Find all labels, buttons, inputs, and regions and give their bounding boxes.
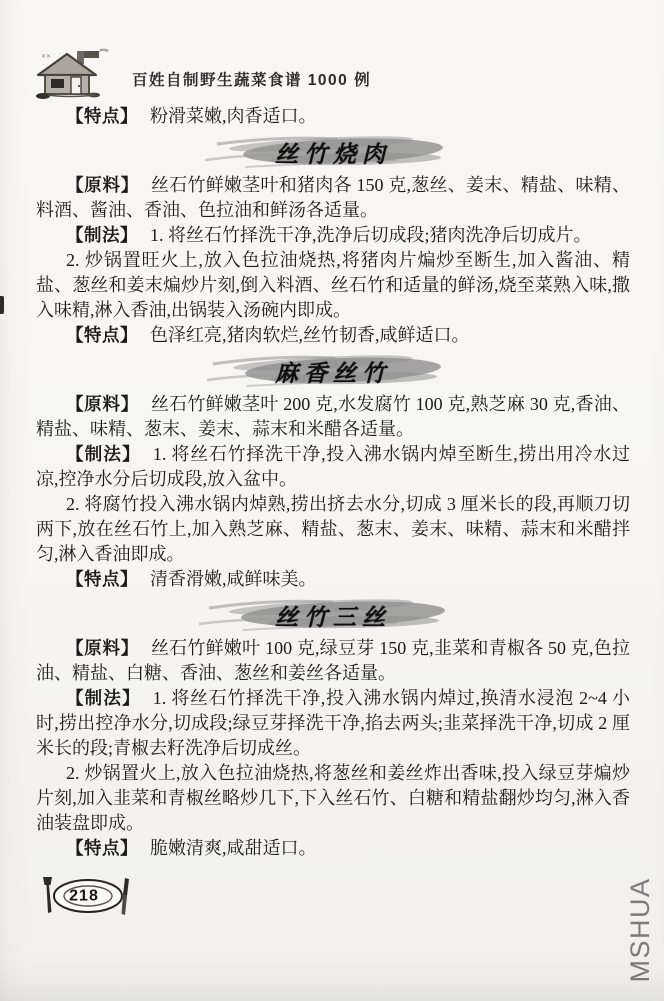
feature-text: 脆嫩清爽,咸甜适口。 [150, 838, 317, 858]
method-step1-text: 1. 将丝石竹择洗干净,洗净后切成段;猪肉洗净后切成片。 [150, 225, 592, 245]
page-content: ✕✕ 百姓自制野生蔬菜食谱 1000 例 【特点】粉滑菜嫩,肉香适口。 丝竹烧肉… [0, 0, 664, 861]
method-label: 【制法】 [66, 444, 141, 464]
feature-text: 色泽红亮,猪肉软烂,丝竹韧香,咸鲜适口。 [150, 325, 470, 345]
fork-icon [43, 877, 52, 913]
svg-text:✕✕: ✕✕ [41, 54, 51, 60]
recipe-title: 丝竹烧肉 [275, 136, 391, 169]
method-step2-paragraph: 2. 炒锅置火上,放入色拉油烧热,将葱丝和姜丝炸出香味,投入绿豆芽煸炒片刻,加入… [36, 761, 630, 836]
ingredients-label: 【原料】 [66, 394, 139, 414]
method-step2-text: 2. 炒锅置旺火上,放入色拉油烧热,将猪肉片煸炒至断生,加入酱油、精盐、葱丝和姜… [36, 250, 630, 320]
method-label: 【制法】 [66, 225, 138, 245]
page-number: 218 [69, 887, 99, 905]
feature-text: 粉滑菜嫩,肉香适口。 [150, 106, 317, 126]
feature-label: 【特点】 [66, 325, 138, 345]
ingredients-label: 【原料】 [66, 638, 139, 658]
page-header: ✕✕ 百姓自制野生蔬菜食谱 1000 例 [36, 50, 630, 100]
ingredients-paragraph: 【原料】丝石竹鲜嫩茎叶 200 克,水发腐竹 100 克,熟芝麻 30 克,香油… [36, 392, 630, 442]
intro-feature-paragraph: 【特点】粉滑菜嫩,肉香适口。 [36, 104, 630, 129]
method-step2-text: 2. 将腐竹投入沸水锅内焯熟,捞出挤去水分,切成 3 厘米长的段,再顺刀切两下,… [36, 494, 630, 564]
ingredients-paragraph: 【原料】丝石竹鲜嫩叶 100 克,绿豆芽 150 克,韭菜和青椒各 50 克,色… [36, 636, 630, 686]
feature-paragraph: 【特点】色泽红亮,猪肉软烂,丝竹韧香,咸鲜适口。 [36, 323, 630, 348]
scan-artifact [0, 296, 4, 314]
ingredients-paragraph: 【原料】丝石竹鲜嫩茎叶和猪肉各 150 克,葱丝、姜末、精盐、味精、料酒、酱油、… [36, 173, 630, 223]
feature-label: 【特点】 [66, 838, 138, 858]
method-step2-text: 2. 炒锅置火上,放入色拉油烧热,将葱丝和姜丝炸出香味,投入绿豆芽煸炒片刻,加入… [36, 763, 630, 833]
method-step1-paragraph: 【制法】1. 将丝石竹择洗干净,洗净后切成段;猪肉洗净后切成片。 [36, 223, 630, 248]
feature-paragraph: 【特点】脆嫩清爽,咸甜适口。 [36, 836, 630, 861]
book-page: ✕✕ 百姓自制野生蔬菜食谱 1000 例 【特点】粉滑菜嫩,肉香适口。 丝竹烧肉… [0, 0, 664, 1001]
watermark-text: MSHUA [626, 863, 654, 997]
method-step2-paragraph: 2. 炒锅置旺火上,放入色拉油烧热,将猪肉片煸炒至断生,加入酱油、精盐、葱丝和姜… [36, 248, 630, 323]
recipe-title: 丝竹三丝 [275, 599, 391, 632]
feature-paragraph: 【特点】清香滑嫩,咸鲜味美。 [36, 567, 630, 592]
method-step2-paragraph: 2. 将腐竹投入沸水锅内焯熟,捞出挤去水分,切成 3 厘米长的段,再顺刀切两下,… [36, 492, 630, 567]
house-icon: ✕✕ [36, 48, 120, 100]
recipe-heading-3: 丝竹三丝 [36, 594, 630, 634]
feature-label: 【特点】 [66, 569, 138, 589]
recipe-title: 麻香丝竹 [275, 355, 391, 388]
ingredients-label: 【原料】 [66, 175, 139, 195]
recipe-heading-1: 丝竹烧肉 [36, 131, 630, 171]
method-step1-paragraph: 【制法】1. 将丝石竹择洗干净,投入沸水锅内焯过,换清水浸泡 2~4 小时,捞出… [36, 686, 630, 761]
feature-label: 【特点】 [66, 106, 138, 126]
method-label: 【制法】 [66, 688, 141, 708]
method-step1-paragraph: 【制法】1. 将丝石竹择洗干净,投入沸水锅内焯至断生,捞出用冷水过凉,控净水分后… [36, 442, 630, 492]
recipe-heading-2: 麻香丝竹 [36, 350, 630, 390]
book-title: 百姓自制野生蔬菜食谱 1000 例 [132, 68, 371, 100]
feature-text: 清香滑嫩,咸鲜味美。 [150, 569, 317, 589]
page-number-plate: 218 [36, 874, 132, 920]
